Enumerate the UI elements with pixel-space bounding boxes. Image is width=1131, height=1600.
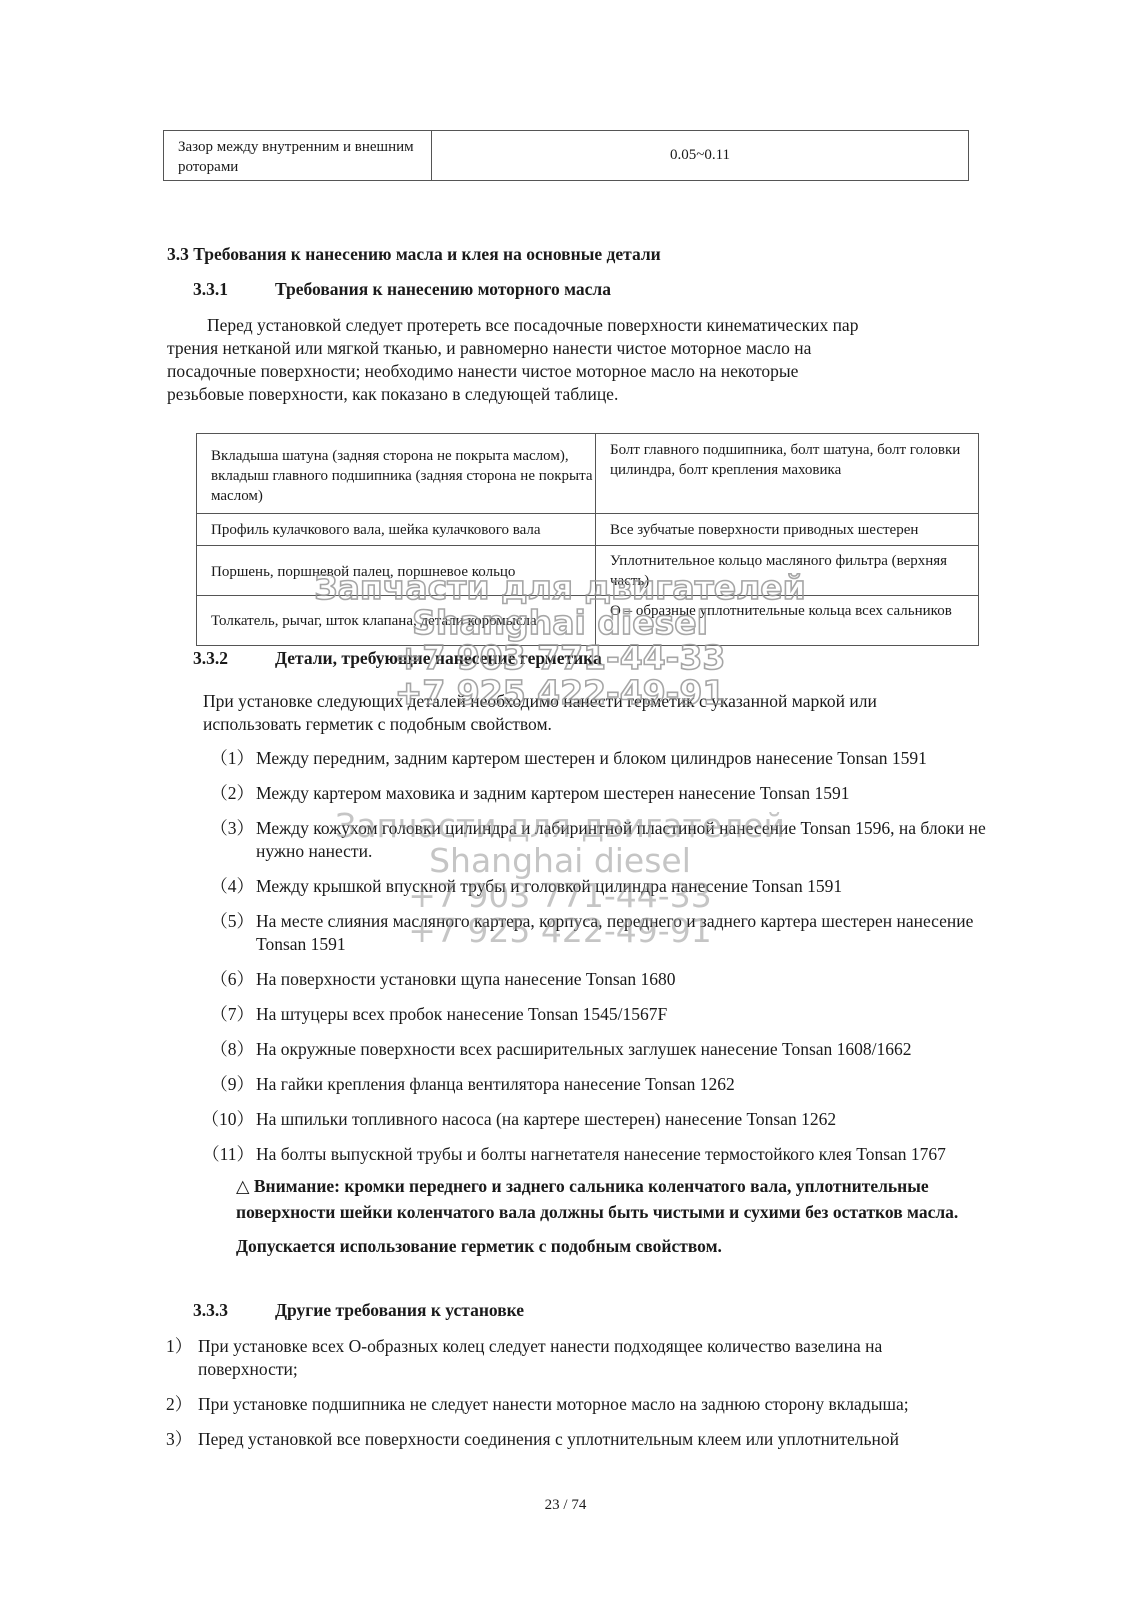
attention-note: △ Внимание: кромки переднего и заднего с… xyxy=(236,1173,1076,1225)
note-text: Внимание: кромки переднего и заднего сал… xyxy=(254,1176,929,1196)
paragraph-line: трения нетканой или мягкой тканью, и рав… xyxy=(167,337,967,360)
table-row: Поршень, поршневой палец, поршневое коль… xyxy=(197,546,979,596)
list-number: （10） xyxy=(198,1108,256,1131)
list-text: На месте слияния масляного картера, корп… xyxy=(256,910,988,956)
list-number: （4） xyxy=(198,875,256,898)
table-row: Профиль кулачкового вала, шейка кулачков… xyxy=(197,514,979,546)
list-text: Между передним, задним картером шестерен… xyxy=(256,747,1048,770)
list-item: （1）Между передним, задним картером шесте… xyxy=(198,747,1048,770)
list-number: （2） xyxy=(198,782,256,805)
sealant-list: （1）Между передним, задним картером шесте… xyxy=(198,747,1048,1178)
list-item: 2）При установке подшипника не следует на… xyxy=(166,1393,1016,1416)
list-number: 2） xyxy=(166,1393,198,1416)
other-requirements-list: 1）При установке всех О-образных колец сл… xyxy=(166,1335,1016,1451)
warning-triangle-icon: △ xyxy=(236,1176,249,1196)
list-text: На поверхности установки щупа нанесение … xyxy=(256,968,1048,991)
list-item: （4）Между крышкой впускной трубы и головк… xyxy=(198,875,1048,898)
section-heading-3-3-1: 3.3.1Требования к нанесению моторного ма… xyxy=(193,279,611,300)
table-cell: Вкладыша шатуна (задняя сторона не покры… xyxy=(197,434,596,514)
list-text: Между крышкой впускной трубы и головкой … xyxy=(256,875,1048,898)
table-cell: Все зубчатые поверхности приводных шесте… xyxy=(596,514,979,546)
table-cell: Поршень, поршневой палец, поршневое коль… xyxy=(197,546,596,596)
list-text: При установке всех О-образных колец след… xyxy=(198,1335,976,1381)
section-number: 3.3.2 xyxy=(193,648,275,669)
paragraph-line: Перед установкой следует протереть все п… xyxy=(167,314,967,337)
list-item: （11）На болты выпускной трубы и болты наг… xyxy=(198,1143,1048,1166)
list-item: （5）На месте слияния масляного картера, к… xyxy=(198,910,988,956)
list-text: Между картером маховика и задним картеро… xyxy=(256,782,1048,805)
list-number: （7） xyxy=(198,1003,256,1026)
note-line: △ Внимание: кромки переднего и заднего с… xyxy=(236,1173,1076,1199)
paragraph-line: посадочные поверхности; необходимо нанес… xyxy=(167,360,967,383)
table-cell: Толкатель, рычаг, шток клапана, детали к… xyxy=(197,596,596,646)
list-item: （9）На гайки крепления фланца вентилятора… xyxy=(198,1073,1048,1096)
list-item: （8）На окружные поверхности всех расширит… xyxy=(198,1038,1048,1061)
paragraph-line: При установке следующих деталей необходи… xyxy=(203,690,983,713)
list-text: На окружные поверхности всех расширитель… xyxy=(256,1038,1048,1061)
list-item: （7）На штуцеры всех пробок нанесение Tons… xyxy=(198,1003,1048,1026)
list-number: （11） xyxy=(198,1143,256,1166)
note-line: поверхности шейки коленчатого вала должн… xyxy=(236,1199,1076,1225)
section-heading-3-3: 3.3 Требования к нанесению масла и клея … xyxy=(167,244,661,265)
table-cell: Уплотнительное кольцо масляного фильтра … xyxy=(596,546,979,596)
section-heading-3-3-2: 3.3.2Детали, требующие нанесение гермети… xyxy=(193,648,602,669)
list-item: （6）На поверхности установки щупа нанесен… xyxy=(198,968,1048,991)
list-number: （8） xyxy=(198,1038,256,1061)
table-row: Толкатель, рычаг, шток клапана, детали к… xyxy=(197,596,979,646)
list-text: Между кожухом головки цилиндра и лабирин… xyxy=(256,817,1008,863)
section-number: 3.3.3 xyxy=(193,1300,275,1321)
list-number: 1） xyxy=(166,1335,198,1381)
list-item: 3）Перед установкой все поверхности соеди… xyxy=(166,1428,1016,1451)
list-item: （10）На шпильки топливного насоса (на кар… xyxy=(198,1108,1048,1131)
oil-application-table: Вкладыша шатуна (задняя сторона не покры… xyxy=(196,433,979,646)
section-title: Другие требования к установке xyxy=(275,1300,524,1320)
list-text: На гайки крепления фланца вентилятора на… xyxy=(256,1073,1048,1096)
list-number: （1） xyxy=(198,747,256,770)
page-number: 23 / 74 xyxy=(0,1497,1131,1514)
list-number: （6） xyxy=(198,968,256,991)
table-cell-value: 0.05~0.11 xyxy=(432,131,968,180)
table-cell: Профиль кулачкового вала, шейка кулачков… xyxy=(197,514,596,546)
table-cell: О – образные уплотнительные кольца всех … xyxy=(596,596,979,646)
list-item: （2）Между картером маховика и задним карт… xyxy=(198,782,1048,805)
list-number: （5） xyxy=(198,910,256,956)
sealant-intro: При установке следующих деталей необходи… xyxy=(203,690,983,736)
list-number: （9） xyxy=(198,1073,256,1096)
section-heading-3-3-3: 3.3.3Другие требования к установке xyxy=(193,1300,524,1321)
list-item: （3）Между кожухом головки цилиндра и лаби… xyxy=(198,817,1008,863)
section-title: Требования к нанесению моторного масла xyxy=(275,279,611,299)
list-number: （3） xyxy=(198,817,256,863)
list-text: На шпильки топливного насоса (на картере… xyxy=(256,1108,1048,1131)
list-item: 1）При установке всех О-образных колец сл… xyxy=(166,1335,976,1381)
note-extra: Допускается использование герметик с под… xyxy=(236,1233,722,1259)
table-row: Вкладыша шатуна (задняя сторона не покры… xyxy=(197,434,979,514)
table-cell: Болт главного подшипника, болт шатуна, б… xyxy=(596,434,979,514)
section-title: Детали, требующие нанесение герметика xyxy=(275,648,602,668)
section-number: 3.3.1 xyxy=(193,279,275,300)
list-text: На штуцеры всех пробок нанесение Tonsan … xyxy=(256,1003,1048,1026)
clearance-table: Зазор между внутренним и внешним роторам… xyxy=(163,130,969,181)
list-text: Перед установкой все поверхности соедине… xyxy=(198,1428,1016,1451)
paragraph-line: использовать герметик с подобным свойств… xyxy=(203,713,983,736)
paragraph-line: резьбовые поверхности, как показано в сл… xyxy=(167,383,967,406)
list-text: На болты выпускной трубы и болты нагнета… xyxy=(256,1143,1048,1166)
table-cell-label: Зазор между внутренним и внешним роторам… xyxy=(164,131,432,180)
list-number: 3） xyxy=(166,1428,198,1451)
list-text: При установке подшипника не следует нане… xyxy=(198,1393,1016,1416)
oil-paragraph: Перед установкой следует протереть все п… xyxy=(167,314,967,406)
